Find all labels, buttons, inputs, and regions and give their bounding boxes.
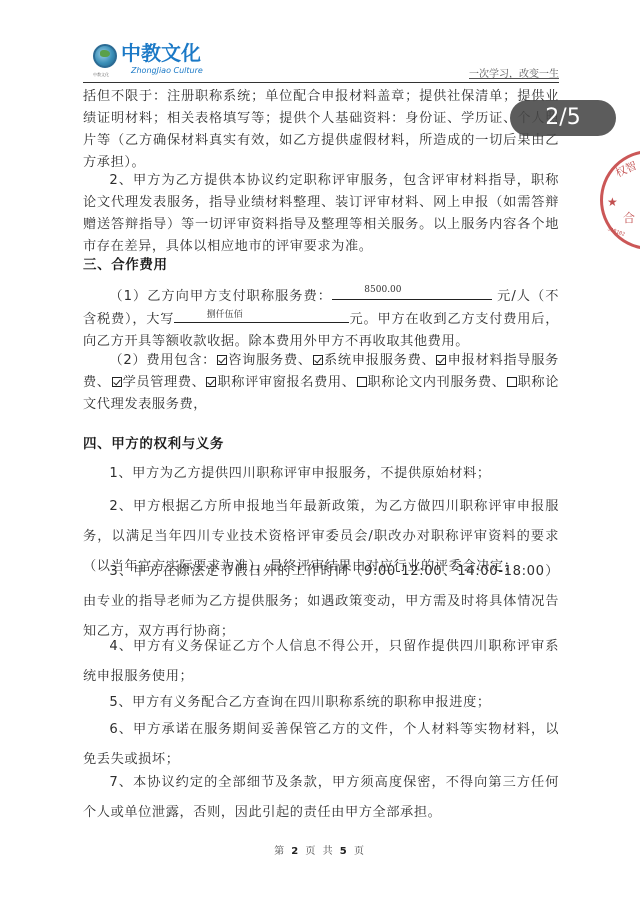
- footer-total-pages: 5: [340, 846, 349, 857]
- checkbox-registration[interactable]: [206, 377, 216, 387]
- page-indicator-badge: 2/5: [510, 100, 616, 136]
- fee-amount: 8500.00: [338, 279, 402, 301]
- company-seal: 权智 ★ 合 510102: [600, 150, 640, 250]
- include-consult: 咨询服务费、: [228, 353, 312, 368]
- checkbox-student[interactable]: [112, 377, 122, 387]
- footer-suffix: 页: [354, 846, 366, 857]
- footer-mid: 页 共: [305, 846, 334, 857]
- section-4-item-6: 6、甲方承诺在服务期间妥善保管乙方的文件，个人材料等实物材料，以免丢失或损坏；: [83, 715, 559, 775]
- clause-2-paragraph: 2、甲方为乙方提供本协议约定职称评审服务，包含评审材料指导，职称论文代理发表服务…: [83, 170, 559, 258]
- include-student: 学员管理费、: [123, 375, 206, 390]
- section-4-item-5: 5、甲方有义务配合乙方查询在四川职称系统的职称申报进度；: [83, 688, 559, 718]
- fee-prefix: （1）乙方向甲方支付职称服务费：: [109, 289, 332, 304]
- intro-paragraph: 括但不限于：注册职称系统；单位配合申报材料盖章；提供社保清单；提供业绩证明材料；…: [83, 86, 559, 174]
- section-4-heading: 四、甲方的权利与义务: [83, 433, 559, 455]
- fee-paragraph: （1）乙方向甲方支付职称服务费：8500.00 元/人（不含税费），大写捌仟伍佰…: [83, 285, 559, 353]
- seal-text-mid: 合: [623, 209, 635, 226]
- footer-prefix: 第: [274, 846, 286, 857]
- checkbox-consult[interactable]: [217, 355, 227, 365]
- include-system: 系统申报服务费、: [324, 353, 436, 368]
- include-registration: 职称评审窗报名费用、: [217, 375, 355, 390]
- include-journal: 职称论文内刊服务费、: [368, 375, 506, 390]
- logo-tag: 中教文化: [93, 72, 109, 78]
- section-3-heading: 三、合作费用: [83, 254, 559, 276]
- fee-amount-field: 8500.00: [332, 285, 492, 300]
- company-logo: 中教文化 ZhongJiao Culture 中教文化: [93, 42, 213, 80]
- page-header: 中教文化 ZhongJiao Culture 中教文化 一次学习，改变一生: [83, 40, 559, 83]
- globe-icon: [93, 44, 117, 68]
- section-4-item-1: 1、甲方为乙方提供四川职称评审申报服务，不提供原始材料；: [83, 462, 559, 486]
- checkbox-journal[interactable]: [357, 377, 367, 387]
- logo-chinese-name: 中教文化: [121, 42, 201, 64]
- intro-text: 括但不限于：注册职称系统；单位配合申报材料盖章；提供社保清单；提供业绩证明材料；…: [83, 89, 559, 170]
- fee-includes-paragraph: （2）费用包含：咨询服务费、系统申报服务费、申报材料指导服务费、学员管理费、职称…: [83, 350, 559, 416]
- page-footer: 第 2 页 共 5 页: [0, 842, 640, 857]
- seal-text-top: 权智: [613, 157, 640, 181]
- logo-english-name: ZhongJiao Culture: [131, 66, 203, 75]
- header-slogan: 一次学习，改变一生: [469, 65, 559, 80]
- footer-current-page: 2: [291, 846, 300, 857]
- section-4-item-4: 4、甲方有义务保证乙方个人信息不得公开，只留作提供四川职称评审系统申报服务使用；: [83, 632, 559, 692]
- fee-amount-cn-field: 捌仟伍佰: [174, 308, 349, 323]
- seal-code: 510102: [607, 226, 626, 238]
- checkbox-system[interactable]: [313, 355, 323, 365]
- checkbox-publish[interactable]: [507, 377, 517, 387]
- seal-star-icon: ★: [607, 195, 618, 209]
- section-4-item-7: 7、本协议约定的全部细节及条款，甲方须高度保密，不得向第三方任何个人或单位泄露，…: [83, 768, 559, 828]
- fee-amount-cn: 捌仟伍佰: [180, 304, 242, 326]
- includes-label: （2）费用包含：: [109, 353, 216, 368]
- document-page: 中教文化 ZhongJiao Culture 中教文化 一次学习，改变一生 括但…: [0, 0, 640, 897]
- clause-2-text: 2、甲方为乙方提供本协议约定职称评审服务，包含评审材料指导，职称论文代理发表服务…: [83, 173, 559, 254]
- checkbox-material[interactable]: [436, 355, 446, 365]
